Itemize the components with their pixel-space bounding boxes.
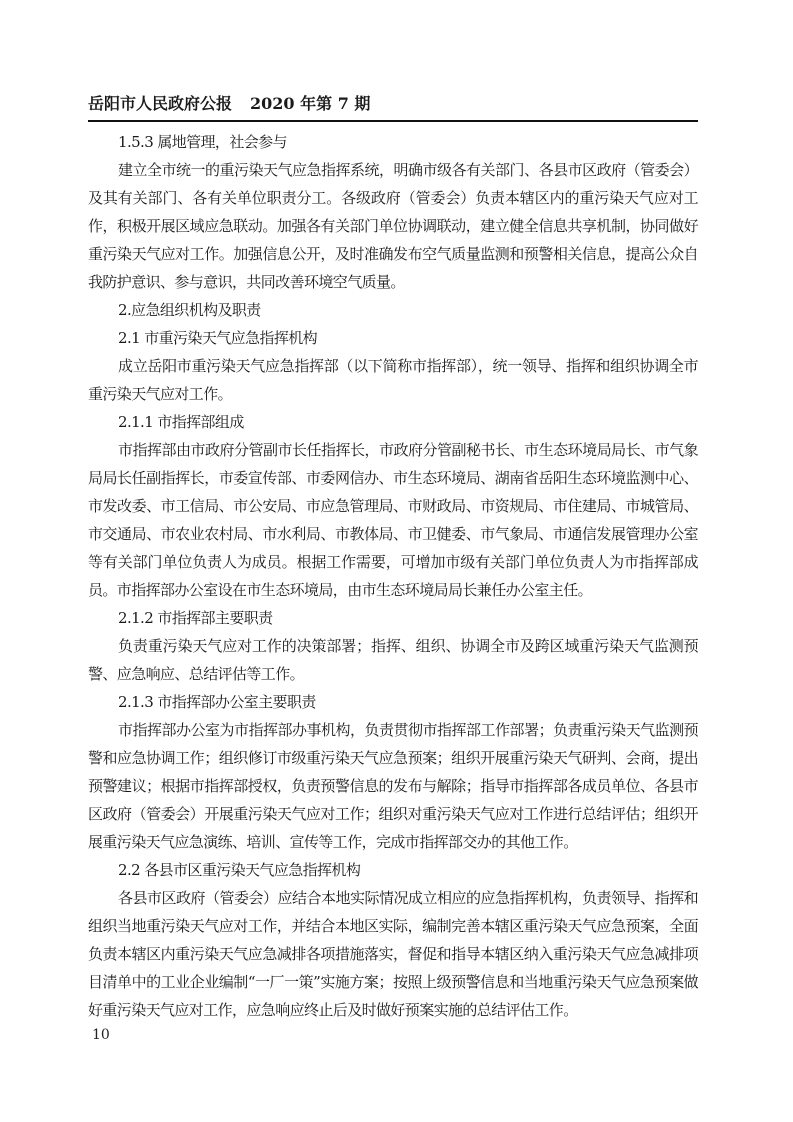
body-paragraph: 市指挥部办公室为市指挥部办事机构，负责贯彻市指挥部工作部署；负责重污染天气监测预… xyxy=(88,716,698,856)
body-paragraph: 成立岳阳市重污染天气应急指挥部（以下简称市指挥部），统一领导、指挥和组织协调全市… xyxy=(88,352,698,408)
body-paragraph: 负责重污染天气应对工作的决策部署；指挥、组织、协调全市及跨区域重污染天气监测预警… xyxy=(88,632,698,688)
section-heading: 2.1.3 市指挥部办公室主要职责 xyxy=(88,688,698,716)
section-heading: 2.2 各县市区重污染天气应急指挥机构 xyxy=(88,856,698,884)
section-heading: 2.1.1 市指挥部组成 xyxy=(88,408,698,436)
gazette-page: 岳阳市人民政府公报2020 年第 7 期 1.5.3 属地管理，社会参与建立全市… xyxy=(0,0,793,1122)
section-heading: 2.1 市重污染天气应急指挥机构 xyxy=(88,324,698,352)
page-header: 岳阳市人民政府公报2020 年第 7 期 xyxy=(88,0,698,122)
section-heading: 2.应急组织机构及职责 xyxy=(88,296,698,324)
page-number: 10 xyxy=(92,1026,110,1044)
gazette-title: 岳阳市人民政府公报 xyxy=(88,94,232,113)
section-heading: 1.5.3 属地管理，社会参与 xyxy=(88,128,698,156)
section-heading: 2.1.2 市指挥部主要职责 xyxy=(88,604,698,632)
body-paragraph: 建立全市统一的重污染天气应急指挥系统，明确市级各有关部门、各县市区政府（管委会）… xyxy=(88,156,698,296)
gazette-issue: 2020 年第 7 期 xyxy=(250,94,370,113)
body-paragraph: 市指挥部由市政府分管副市长任指挥长，市政府分管副秘书长、市生态环境局局长、市气象… xyxy=(88,436,698,604)
page-content: 岳阳市人民政府公报2020 年第 7 期 1.5.3 属地管理，社会参与建立全市… xyxy=(88,0,698,1024)
document-body: 1.5.3 属地管理，社会参与建立全市统一的重污染天气应急指挥系统，明确市级各有… xyxy=(88,122,698,1024)
body-paragraph: 各县市区政府（管委会）应结合本地实际情况成立相应的应急指挥机构，负责领导、指挥和… xyxy=(88,884,698,1024)
